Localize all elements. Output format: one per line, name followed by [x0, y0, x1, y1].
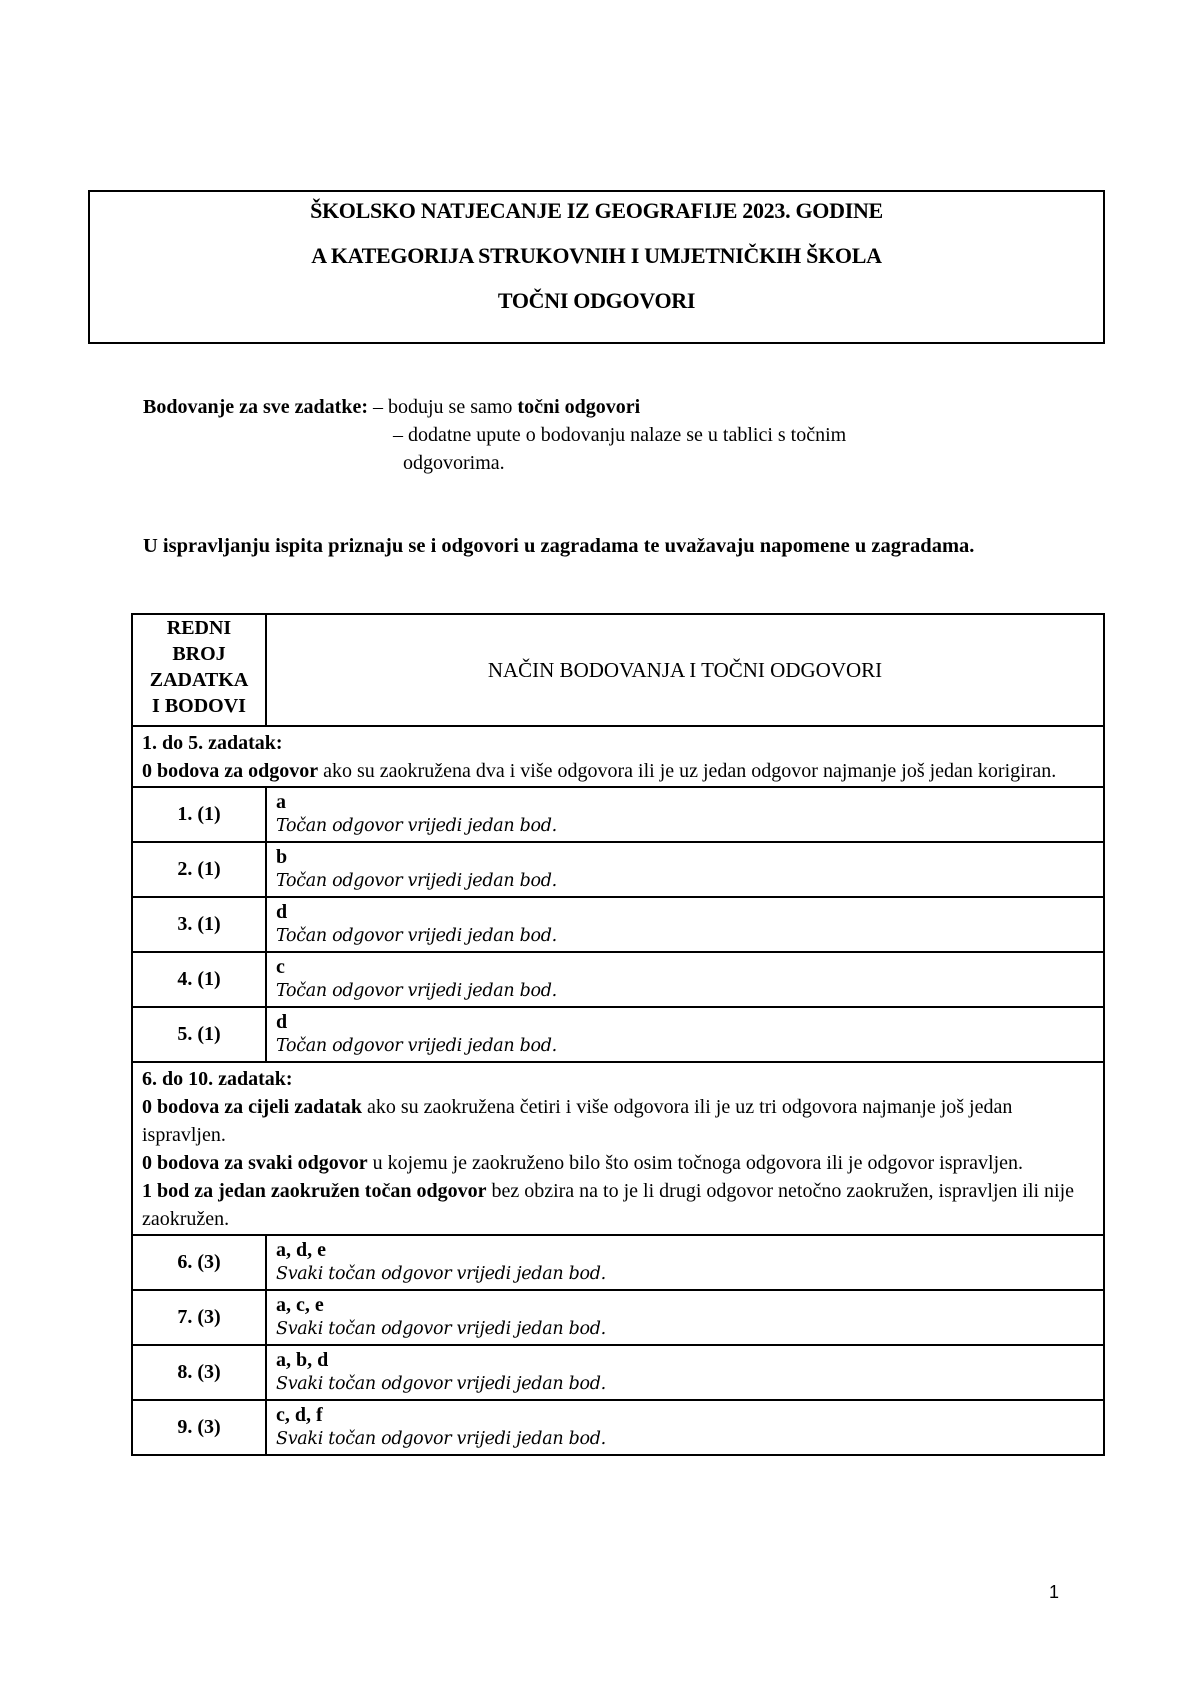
answer-cell: a, b, dSvaki točan odgovor vrijedi jedan…: [266, 1345, 1104, 1400]
table-row: 2. (1) bTočan odgovor vrijedi jedan bod.: [132, 842, 1104, 897]
answer-cell: c, d, fSvaki točan odgovor vrijedi jedan…: [266, 1400, 1104, 1455]
header-left-line: ZADATKA: [137, 667, 261, 693]
rule-bold: 0 bodova za odgovor: [142, 760, 318, 782]
scoring-item-2: – dodatne upute o bodovanju nalaze se u …: [393, 421, 953, 449]
table-row: 1. (1)aTočan odgovor vrijedi jedan bod.: [132, 787, 1104, 842]
header-left-line: REDNI: [137, 615, 261, 641]
answer-cell: aTočan odgovor vrijedi jedan bod.: [266, 787, 1104, 842]
correct-answer: a, b, d: [276, 1348, 1094, 1372]
correct-answer: d: [276, 900, 1094, 924]
rule-bold: 1 bod za jedan zaokružen točan odgovor: [142, 1180, 486, 1202]
answer-cell: a, c, eSvaki točan odgovor vrijedi jedan…: [266, 1290, 1104, 1345]
points-explanation: Točan odgovor vrijedi jedan bod.: [276, 979, 1094, 1003]
points-explanation: Svaki točan odgovor vrijedi jedan bod.: [276, 1427, 1094, 1451]
points-explanation: Svaki točan odgovor vrijedi jedan bod.: [276, 1262, 1094, 1286]
task-number: 9. (3): [132, 1400, 266, 1455]
scoring-item-2-cont: odgovorima.: [393, 449, 963, 477]
answer-cell: a, d, eSvaki točan odgovor vrijedi jedan…: [266, 1235, 1104, 1290]
answer-cell: cTočan odgovor vrijedi jedan bod.: [266, 952, 1104, 1007]
table-header-row: REDNI BROJ ZADATKA I BODOVI NAČIN BODOVA…: [132, 614, 1104, 726]
scoring-label: Bodovanje za sve zadatke:: [143, 396, 368, 418]
header-scoring-method: NAČIN BODOVANJA I TOČNI ODGOVORI: [266, 614, 1104, 726]
rule-bold: 0 bodova za svaki odgovor: [142, 1152, 368, 1174]
points-explanation: Točan odgovor vrijedi jedan bod.: [276, 814, 1094, 838]
correct-answer: d: [276, 1010, 1094, 1034]
rows-6-10: 6. (3)a, d, eSvaki točan odgovor vrijedi…: [132, 1235, 1104, 1455]
correct-answer: a, c, e: [276, 1293, 1094, 1317]
header-left-line: BROJ: [137, 641, 261, 667]
header-task-number-points: REDNI BROJ ZADATKA I BODOVI: [132, 614, 266, 726]
table-row: 5. (1)dTočan odgovor vrijedi jedan bod.: [132, 1007, 1104, 1062]
rule-bold: 0 bodova za cijeli zadatak: [142, 1096, 362, 1118]
rule-text: u kojemu je zaokruženo bilo što osim toč…: [368, 1152, 1023, 1174]
scoring-item-1-bold: točni odgovori: [517, 396, 640, 418]
section-title: 1. do 5. zadatak:: [142, 732, 283, 754]
task-number: 1. (1): [132, 787, 266, 842]
table-row: 3. (1)dTočan odgovor vrijedi jedan bod.: [132, 897, 1104, 952]
task-number: 7. (3): [132, 1290, 266, 1345]
points-explanation: Točan odgovor vrijedi jedan bod.: [276, 1034, 1094, 1058]
task-number: 5. (1): [132, 1007, 266, 1062]
page-number: 1: [1049, 1582, 1059, 1603]
answer-key-table: REDNI BROJ ZADATKA I BODOVI NAČIN BODOVA…: [131, 613, 1105, 1456]
table-row: 6. (3)a, d, eSvaki točan odgovor vrijedi…: [132, 1235, 1104, 1290]
task-number: 6. (3): [132, 1235, 266, 1290]
section-row-1-5: 1. do 5. zadatak: 0 bodova za odgovor ak…: [132, 726, 1104, 787]
table-row: 8. (3)a, b, dSvaki točan odgovor vrijedi…: [132, 1345, 1104, 1400]
header-left-line: I BODOVI: [137, 693, 261, 719]
scoring-instructions: Bodovanje za sve zadatke: – boduju se sa…: [143, 393, 640, 421]
table-row: 7. (3)a, c, eSvaki točan odgovor vrijedi…: [132, 1290, 1104, 1345]
table-row: 9. (3)c, d, fSvaki točan odgovor vrijedi…: [132, 1400, 1104, 1455]
correct-answer: b: [276, 845, 1094, 869]
correct-answer: a, d, e: [276, 1238, 1094, 1262]
points-explanation: Svaki točan odgovor vrijedi jedan bod.: [276, 1317, 1094, 1341]
scoring-item-1-prefix: – boduju se samo: [368, 396, 517, 418]
section-1-5-rules: 1. do 5. zadatak: 0 bodova za odgovor ak…: [132, 726, 1104, 787]
correct-answer: a: [276, 790, 1094, 814]
correct-answer: c: [276, 955, 1094, 979]
task-number: 2. (1): [132, 842, 266, 897]
section-title: 6. do 10. zadatak:: [142, 1068, 293, 1090]
answer-cell: bTočan odgovor vrijedi jedan bod.: [266, 842, 1104, 897]
title-line-3: TOČNI ODGOVORI: [90, 290, 1103, 312]
task-number: 3. (1): [132, 897, 266, 952]
task-number: 4. (1): [132, 952, 266, 1007]
rows-1-5: 1. (1)aTočan odgovor vrijedi jedan bod.2…: [132, 787, 1104, 1062]
points-explanation: Točan odgovor vrijedi jedan bod.: [276, 924, 1094, 948]
rule-text: ako su zaokružena dva i više odgovora il…: [318, 760, 1056, 782]
document-title-box: ŠKOLSKO NATJECANJE IZ GEOGRAFIJE 2023. G…: [88, 190, 1105, 344]
section-row-6-10: 6. do 10. zadatak: 0 bodova za cijeli za…: [132, 1062, 1104, 1235]
answer-cell: dTočan odgovor vrijedi jedan bod.: [266, 1007, 1104, 1062]
correct-answer: c, d, f: [276, 1403, 1094, 1427]
grading-note: U ispravljanju ispita priznaju se i odgo…: [143, 532, 1023, 561]
table-row: 4. (1)cTočan odgovor vrijedi jedan bod.: [132, 952, 1104, 1007]
points-explanation: Svaki točan odgovor vrijedi jedan bod.: [276, 1372, 1094, 1396]
section-6-10-rules: 6. do 10. zadatak: 0 bodova za cijeli za…: [132, 1062, 1104, 1235]
title-line-1: ŠKOLSKO NATJECANJE IZ GEOGRAFIJE 2023. G…: [90, 200, 1103, 222]
task-number: 8. (3): [132, 1345, 266, 1400]
answer-cell: dTočan odgovor vrijedi jedan bod.: [266, 897, 1104, 952]
title-line-2: A KATEGORIJA STRUKOVNIH I UMJETNIČKIH ŠK…: [90, 245, 1103, 267]
points-explanation: Točan odgovor vrijedi jedan bod.: [276, 869, 1094, 893]
